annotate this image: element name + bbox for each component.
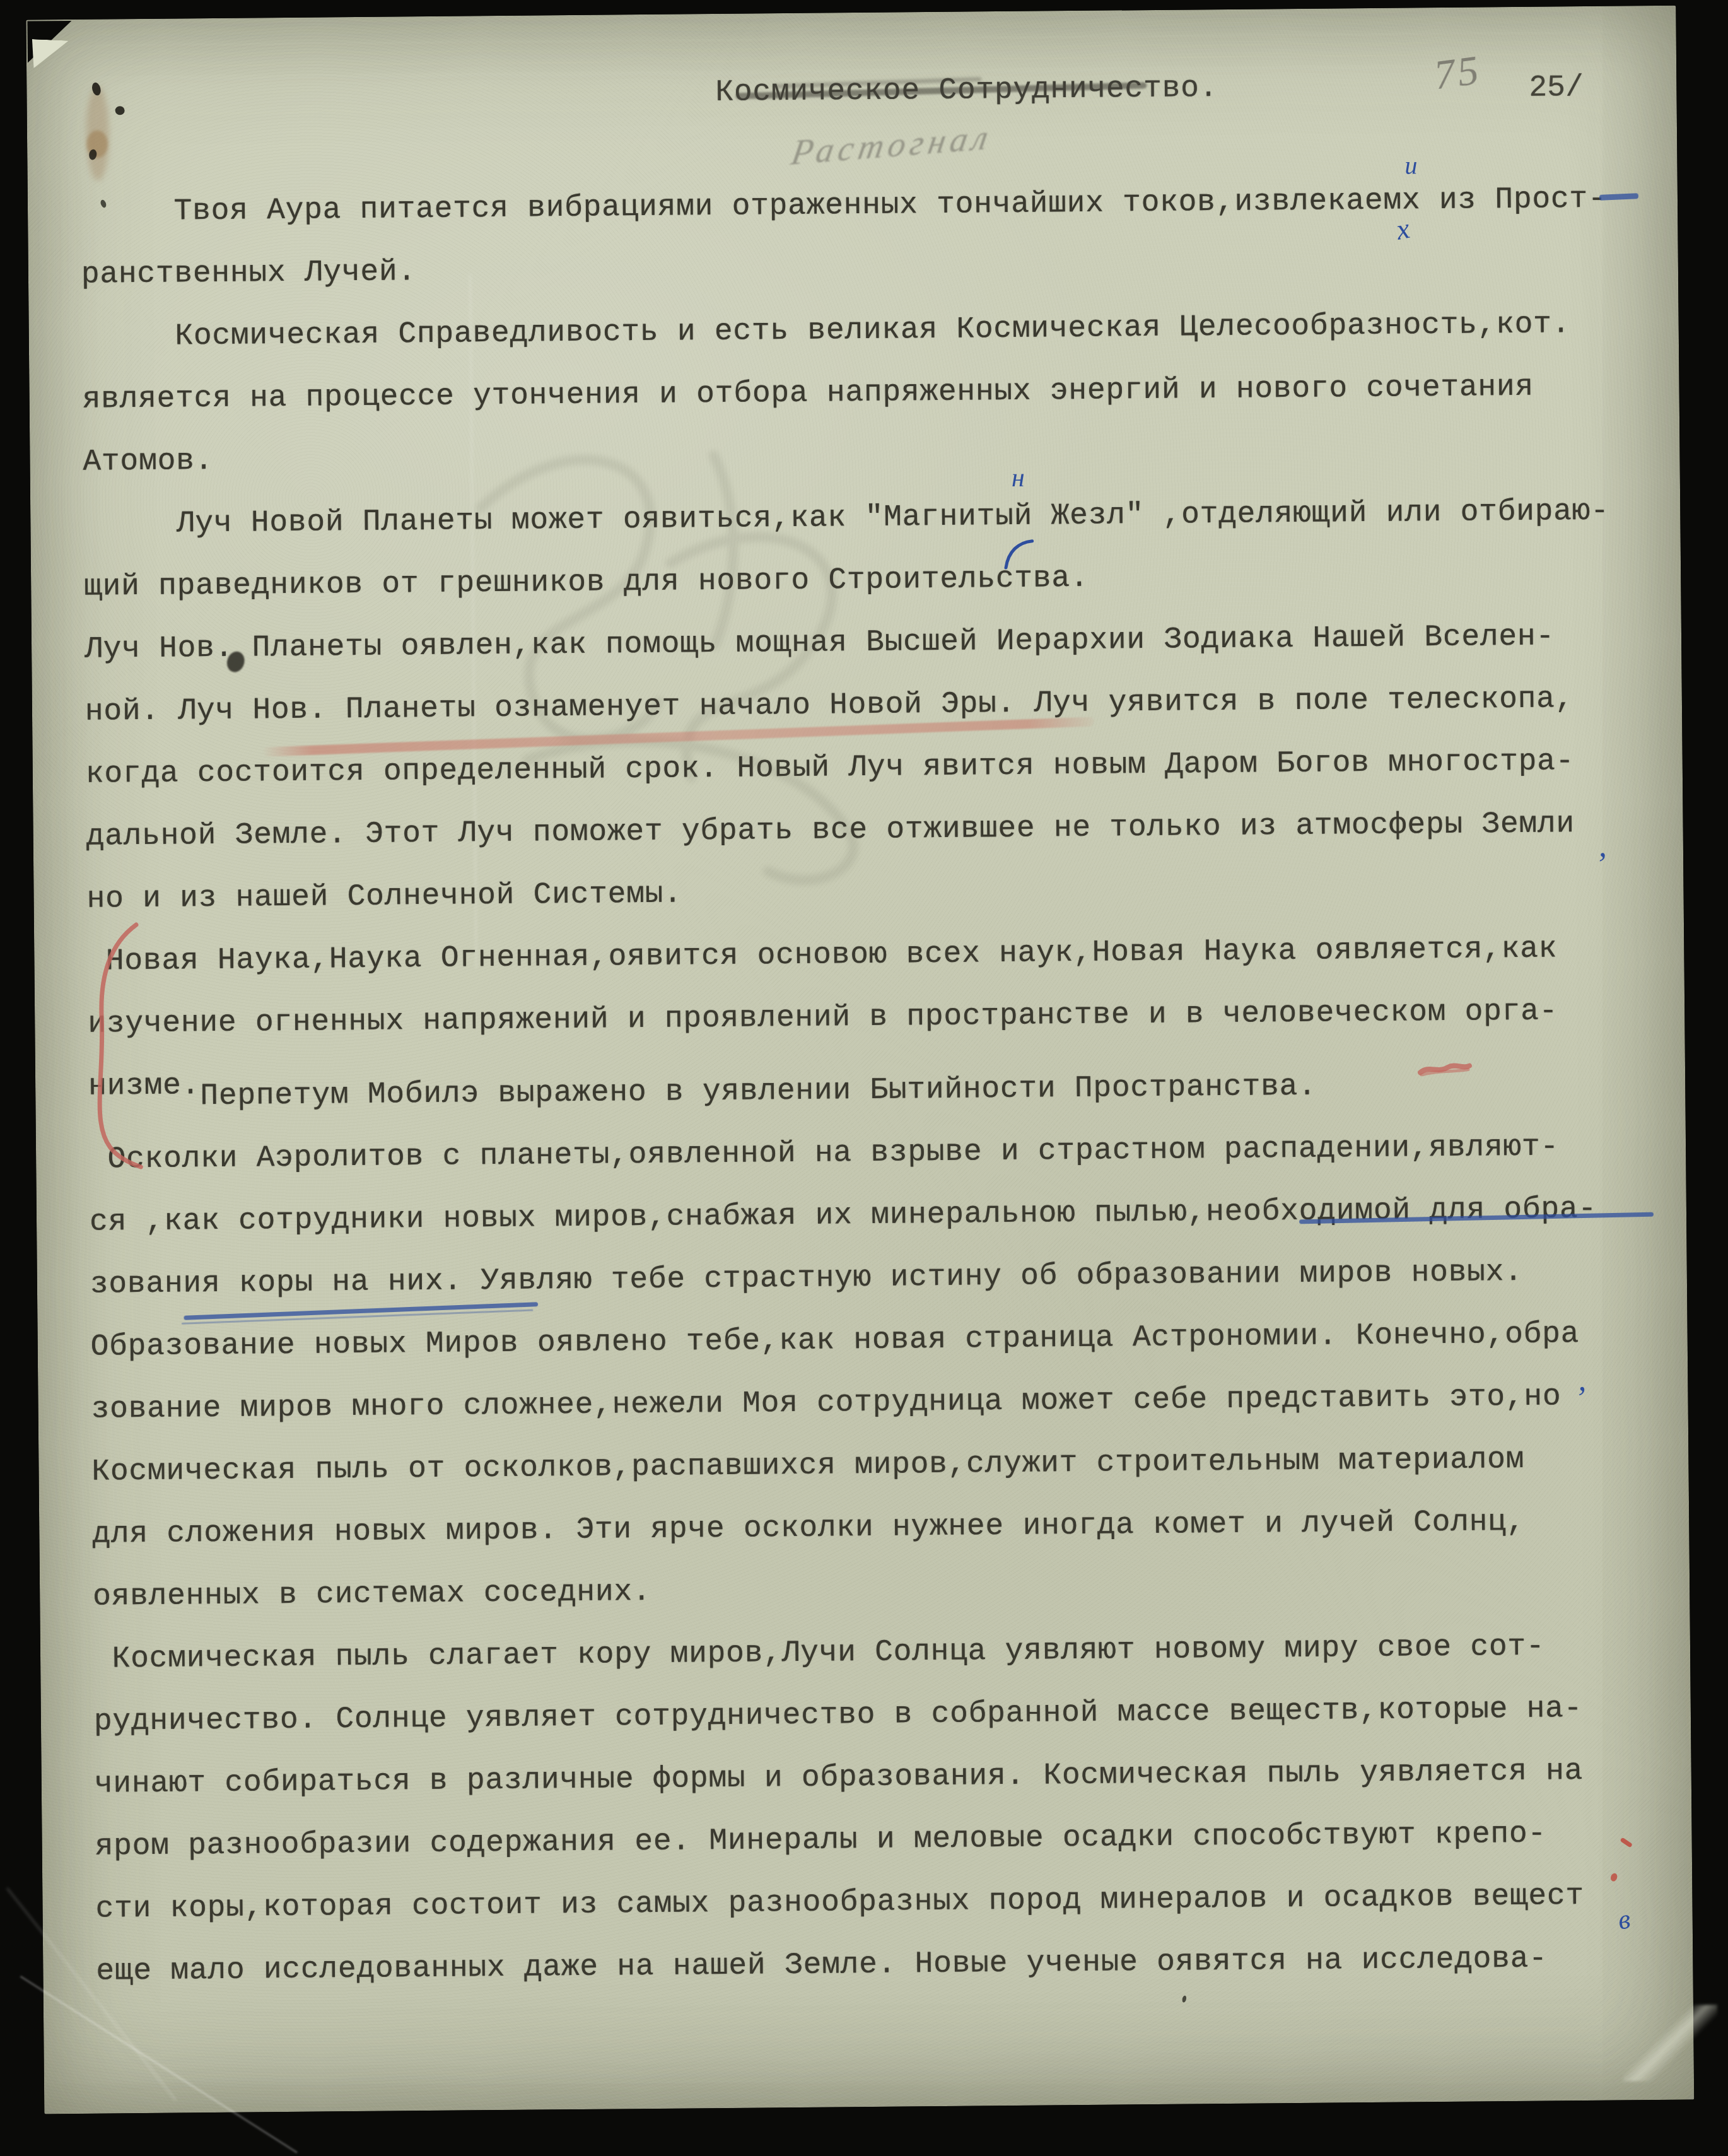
typescript-line: Образование новых Миров оявлено тебе,как… (91, 1318, 1580, 1364)
typescript-line: Космическая пыль от осколков,распавшихся… (91, 1443, 1524, 1489)
typescript-line: Твоя Аура питается вибрациями отраженных… (81, 183, 1607, 229)
typescript-line: Космическая Справедливость и есть велика… (82, 308, 1571, 354)
blue-inserted-letter: и (1404, 150, 1417, 180)
paper-speck (1182, 1995, 1188, 2003)
staple-hole (115, 106, 125, 115)
blue-inserted-comma: , (1578, 1361, 1587, 1398)
typescript-line: чинают собираться в различные формы и об… (95, 1755, 1584, 1801)
typescript-line: ся ,как сотрудники новых миров,снабжая и… (90, 1193, 1597, 1239)
page-number-typed: 25/ (1529, 71, 1584, 105)
typescript-line: еще мало исследованных даже на нашей Зем… (96, 1943, 1548, 1988)
blue-inserted-letter: н (1012, 463, 1025, 493)
paper-crease (20, 1976, 298, 2148)
typescript-line: сти коры,которая состоит из самых разноо… (95, 1880, 1584, 1926)
typescript-line: Луч Новой Планеты может оявиться,как "Ма… (83, 495, 1609, 541)
typescript-line: дальной Земле. Этот Луч поможет убрать в… (86, 807, 1575, 853)
typescript-line: но и из нашей Солнечной Системы. (86, 878, 682, 916)
typescript-line: зования коры на них. Уявляю тебе страстн… (90, 1256, 1523, 1301)
typescript-line: изучение огненных напряжений и проявлени… (88, 995, 1558, 1040)
page-tilt-wrapper: Космическое Сотрудничество. 75 25/ Расто… (0, 0, 1728, 2148)
typescript-line: рудничество. Солнце уявляет сотрудничест… (94, 1692, 1583, 1738)
typescript-line: яром разнообразии содержания ее. Минерал… (95, 1818, 1546, 1863)
page-content: Космическое Сотрудничество. 75 25/ Расто… (0, 0, 1728, 2148)
red-margin-dot (1609, 1872, 1618, 1882)
paper-crumple (1623, 2005, 1718, 2081)
blue-underline (184, 1302, 538, 1320)
typescript-line: для сложения новых миров. Эти ярче оскол… (92, 1506, 1525, 1551)
red-squiggle-mark (1418, 1062, 1472, 1077)
blue-inserted-letter: в (1616, 1902, 1632, 1936)
blue-inserted-comma: , (1599, 828, 1608, 865)
blue-dash-mark (1599, 193, 1638, 201)
typescript-line: ной. Луч Нов. Планеты ознаменует начало … (85, 683, 1574, 729)
typescript-line: ранственных Лучей. (81, 255, 417, 291)
red-margin-tick (1620, 1837, 1632, 1848)
typescript-line: Осколки Аэролитов с планеты,оявленной на… (89, 1130, 1559, 1176)
typescript-line: Атомов. (83, 445, 213, 479)
handwritten-note: Растогнал (788, 117, 995, 173)
typescript-line: оявленных в системах соседних. (93, 1576, 651, 1614)
blue-caret-mark (1002, 539, 1035, 570)
typescript-line: Новая Наука,Наука Огненная,оявится основ… (87, 932, 1557, 978)
typescript-line: является на процессе утончения и отбора … (82, 371, 1534, 416)
typescript-line: Космическая пыль слагает кору миров,Лучи… (93, 1631, 1545, 1676)
typescript-body: Твоя Аура питается вибрациями отраженных… (0, 0, 1719, 8)
scan-background: Космическое Сотрудничество. 75 25/ Расто… (0, 0, 1728, 2148)
typescript-line: Перпетум Мобилэ выражено в уявлении Быти… (88, 1070, 1317, 1114)
page-number-pencil: 75 (1432, 46, 1484, 100)
typescript-line: зование миров много сложнее,нежели Моя с… (91, 1380, 1561, 1426)
typescript-line: Луч Нов. Планеты оявлен,как помощь мощна… (85, 620, 1555, 665)
red-margin-brace (88, 918, 150, 1174)
